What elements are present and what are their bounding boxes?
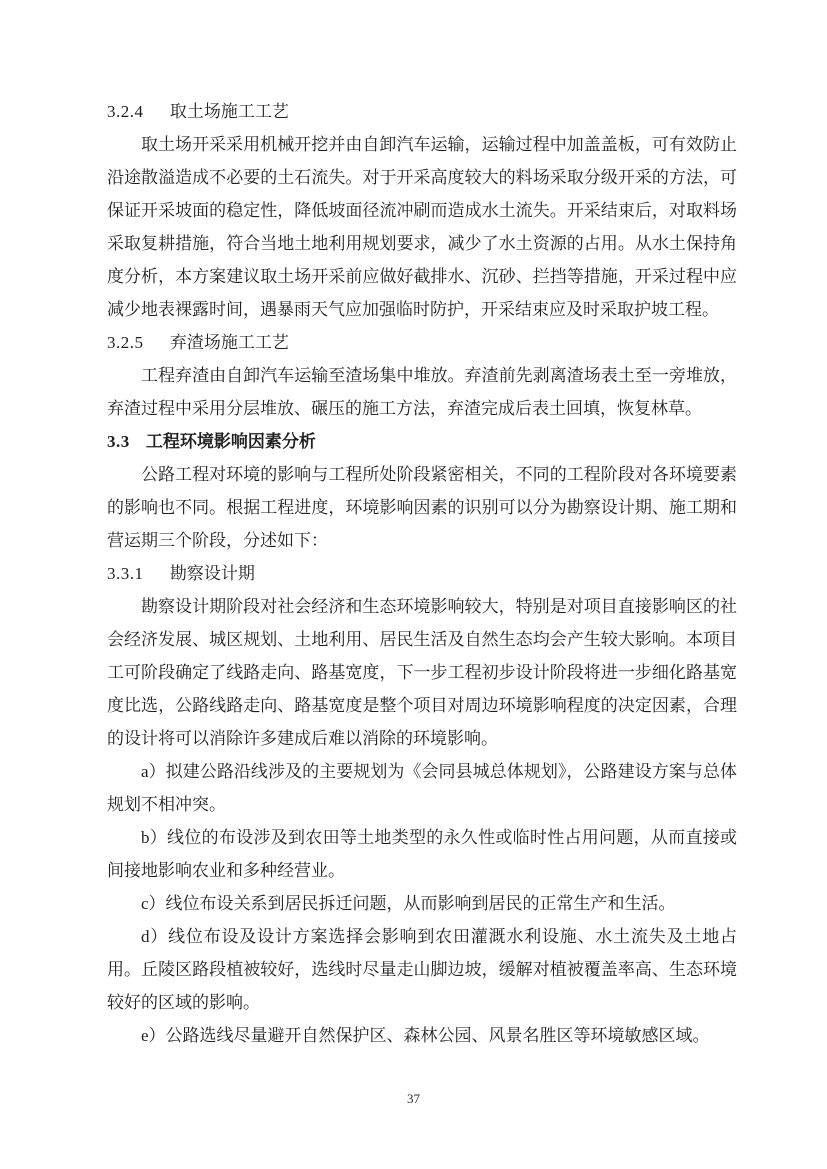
page-footer: 37 — [0, 1089, 827, 1109]
section-title: 取土场施工工艺 — [170, 102, 289, 121]
paragraph-impact-factor-intro: 公路工程对环境的影响与工程所处阶段紧密相关，不同的工程阶段对各环境要素的影响也不… — [107, 458, 737, 557]
section-heading-3-2-5: 3.2.5弃渣场施工工艺 — [107, 326, 737, 359]
list-item-c: c）线位布设关系到居民拆迁问题，从而影响到居民的正常生产和生活。 — [107, 887, 737, 920]
page-content: 3.2.4取土场施工工艺 取土场开采采用机械开挖并由自卸汽车运输，运输过程中加盖… — [107, 95, 737, 1052]
paragraph-borrow-pit-process: 取土场开采采用机械开挖并由自卸汽车运输，运输过程中加盖盖板，可有效防止沿途散溢造… — [107, 128, 737, 326]
section-heading-3-3-1: 3.3.1勘察设计期 — [107, 557, 737, 590]
list-item-d: d）线位布设及设计方案选择会影响到农田灌溉水利设施、水土流失及土地占用。丘陵区路… — [107, 920, 737, 1019]
section-number: 3.2.4 — [107, 102, 144, 121]
section-title: 弃渣场施工工艺 — [170, 333, 289, 352]
section-heading-3-2-4: 3.2.4取土场施工工艺 — [107, 95, 737, 128]
section-title: 勘察设计期 — [170, 564, 255, 583]
list-item-a: a）拟建公路沿线涉及的主要规划为《会同县城总体规划》，公路建设方案与总体规划不相… — [107, 755, 737, 821]
section-number: 3.3 — [107, 432, 130, 451]
list-item-e: e）公路选线尽量避开自然保护区、森林公园、风景名胜区等环境敏感区域。 — [107, 1019, 737, 1052]
section-title: 工程环境影响因素分析 — [146, 432, 316, 451]
page-number: 37 — [407, 1091, 420, 1106]
document-page: 3.2.4取土场施工工艺 取土场开采采用机械开挖并由自卸汽车运输，运输过程中加盖… — [0, 0, 827, 1169]
list-item-b: b）线位的布设涉及到农田等土地类型的永久性或临时性占用问题，从而直接或间接地影响… — [107, 821, 737, 887]
section-number: 3.3.1 — [107, 564, 144, 583]
section-heading-3-3: 3.3工程环境影响因素分析 — [107, 425, 737, 458]
paragraph-survey-design-period: 勘察设计期阶段对社会经济和生态环境影响较大，特别是对项目直接影响区的社会经济发展… — [107, 590, 737, 755]
section-number: 3.2.5 — [107, 333, 144, 352]
paragraph-spoil-ground-process: 工程弃渣由自卸汽车运输至渣场集中堆放。弃渣前先剥离渣场表土至一旁堆放，弃渣过程中… — [107, 359, 737, 425]
